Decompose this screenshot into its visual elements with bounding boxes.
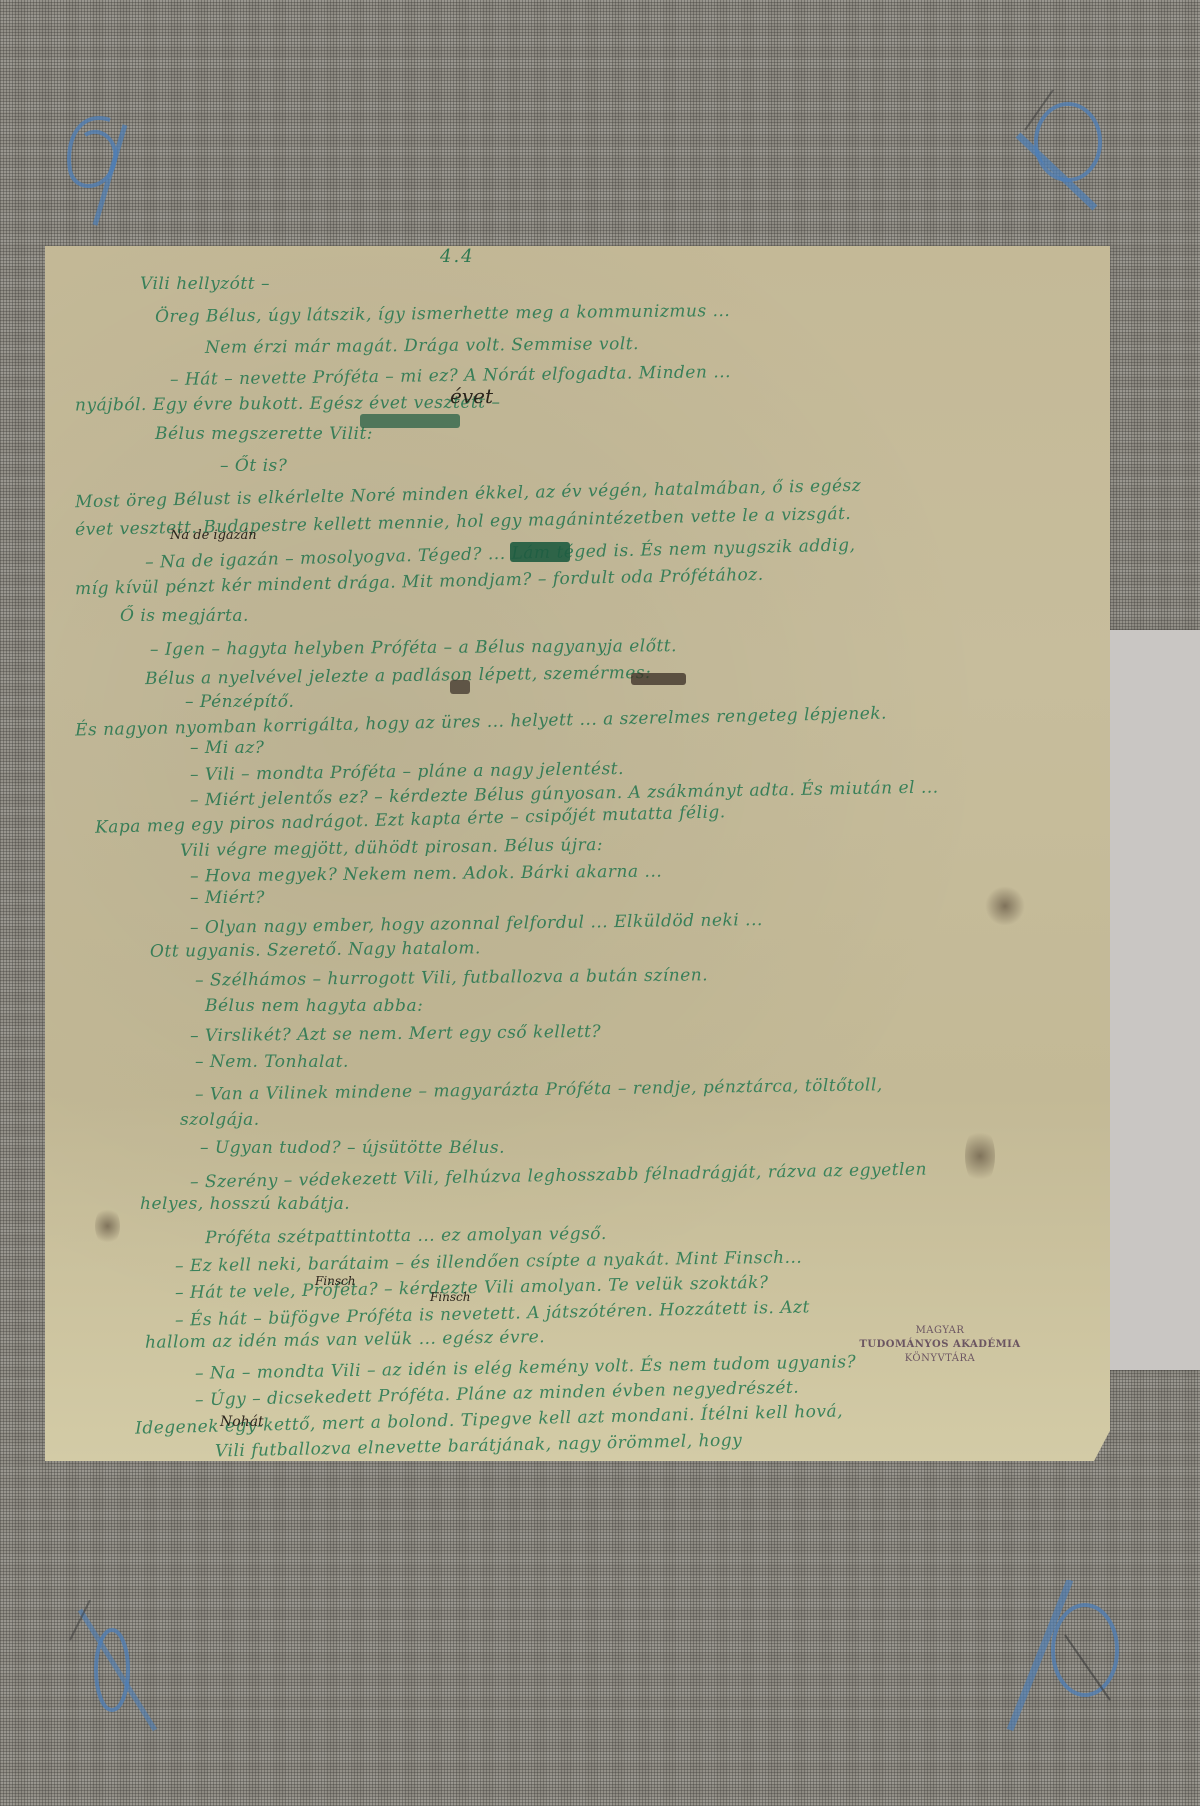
manuscript-line: – Ugyan tudod? – újsütötte Bélus. [200, 1138, 505, 1158]
manuscript-line: Próféta szétpattintotta ... ez amolyan v… [205, 1224, 607, 1248]
ink-blot-deletion [510, 542, 570, 562]
manuscript-line: hallom az idén más van velük ... egész é… [145, 1327, 545, 1353]
manuscript-line: – Szerény – védekezett Vili, felhúzva le… [190, 1160, 927, 1193]
paper-stain [95, 1206, 120, 1246]
manuscript-line: Bélus megszerette Vilit: [155, 424, 373, 444]
manuscript-line: – Vili – mondta Próféta – pláne a nagy j… [190, 759, 624, 785]
manuscript-text: Vili hellyzótt – Öreg Bélus, úgy látszik… [45, 246, 1110, 1461]
manuscript-line: – És hát – büfögve Próféta is nevetett. … [175, 1297, 810, 1330]
stamp-line: MAGYAR [850, 1324, 1030, 1338]
manuscript-line: Ő is megjárta. [120, 606, 249, 626]
stamp-line: TUDOMÁNYOS AKADÉMIA [850, 1338, 1030, 1352]
blue-crayon-mark-icon [1000, 90, 1140, 230]
manuscript-line: – Szélhámos – hurrogott Vili, futballozv… [195, 965, 708, 990]
manuscript-line: Vili végre megjött, dühödt pirosan. Bélu… [180, 835, 603, 861]
paper-stain [965, 1126, 995, 1186]
correction-note: évet [450, 384, 493, 408]
stamp-line: KÖNYVTÁRA [850, 1352, 1030, 1366]
manuscript-line: – Van a Vilinek mindene – magyarázta Pró… [195, 1075, 883, 1105]
correction-note: Nohát [220, 1414, 264, 1430]
manuscript-line: – Olyan nagy ember, hogy azonnal felford… [190, 910, 763, 938]
correction-note: Na de igazán [170, 528, 257, 543]
blue-crayon-mark-icon [60, 1600, 180, 1760]
blue-crayon-mark-icon [40, 100, 150, 230]
manuscript-line: mit kellett tenni. [145, 1460, 298, 1480]
manuscript-line: Vili hellyzótt – [140, 274, 270, 294]
manuscript-line: – Hát te vele, Próféta? – kérdezte Vili … [175, 1273, 769, 1303]
manuscript-line: Nem érzi már magát. Drága volt. Semmise … [205, 334, 639, 358]
correction-note: Ma [575, 1510, 601, 1529]
manuscript-line: helyes, hosszú kabátja. [140, 1194, 350, 1214]
manuscript-line: Vili futballozva elnevette barátjának, n… [215, 1430, 743, 1461]
paper-stain [985, 886, 1025, 926]
manuscript-line: nyájból. Egy évre bukott. Egész évet ves… [75, 393, 501, 416]
manuscript-line: Bélus a nyelvével jelezte a padláson lép… [145, 663, 652, 689]
manuscript-line: – Miért? [190, 888, 265, 908]
correction-note: Finsch [430, 1290, 471, 1304]
manuscript-line: Öreg Bélus, úgy látszik, így ismerhette … [155, 301, 730, 327]
manuscript-line: szolgája. [180, 1110, 260, 1130]
manuscript-line: – Hova megyek? Nekem nem. Adok. Bárki ak… [190, 862, 662, 887]
manuscript-line: – Őt is? [220, 456, 287, 476]
manuscript-line: – Pénzépítő. [185, 692, 294, 712]
manuscript-line: – Mi az? [190, 738, 264, 758]
ink-blot-deletion [450, 680, 470, 694]
ink-blot-deletion [631, 673, 686, 685]
manuscript-sheet: 4.4 Vili hellyzótt – Öreg Bélus, úgy lát… [45, 246, 1110, 1461]
manuscript-line: Bélus nem hagyta abba: [205, 996, 423, 1016]
correction-note: Finsch [315, 1274, 356, 1288]
manuscript-line: – Nem. Tonhalat. [195, 1052, 349, 1072]
manuscript-line: Ott ugyanis. Szerető. Nagy hatalom. [150, 938, 481, 961]
manuscript-line: – Igen – hagyta helyben Próféta – a Bélu… [150, 636, 677, 660]
ink-blot-deletion [360, 414, 460, 428]
manuscript-line: – Ez kell neki, barátaim – és illendően … [175, 1248, 803, 1277]
blue-crayon-mark-icon [1000, 1580, 1150, 1740]
manuscript-line: – Virslikét? Azt se nem. Mert egy cső ke… [190, 1022, 601, 1046]
library-stamp: MAGYAR TUDOMÁNYOS AKADÉMIA KÖNYVTÁRA [850, 1324, 1030, 1366]
